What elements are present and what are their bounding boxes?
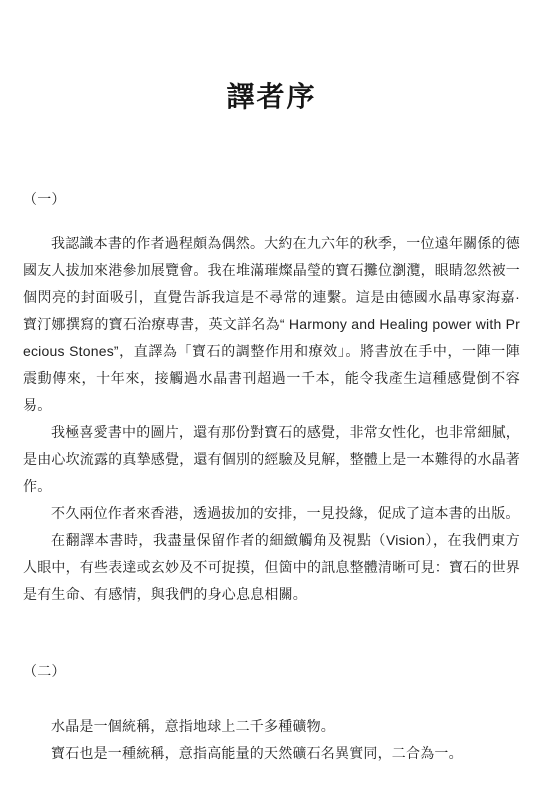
section-1-paragraph-4: 在翻譯本書時，我盡量保留作者的細緻觸角及視點（Vision），在我們東方人眼中，… — [23, 527, 520, 608]
section-2-body: 水晶是一個統稱，意指地球上二千多種礦物。 寶石也是一種統稱，意指高能量的天然礦石… — [23, 713, 520, 767]
section-1-paragraph-2: 我極喜愛書中的圖片，還有那份對寶石的感覺，非常女性化，也非常細膩，是由心坎流露的… — [23, 419, 520, 500]
page-title: 譯者序 — [23, 80, 520, 116]
section-1-body: 我認識本書的作者過程頗為偶然。大約在九六年的秋季，一位遠年關係的德國友人拔加來港… — [23, 230, 520, 608]
section-1-paragraph-3: 不久兩位作者來香港，透過拔加的安排，一見投緣，促成了這本書的出版。 — [23, 500, 520, 527]
section-2-marker: （二） — [23, 658, 520, 685]
section-2-paragraph-1: 水晶是一個統稱，意指地球上二千多種礦物。 — [23, 713, 520, 740]
section-1-marker: （一） — [23, 186, 520, 213]
document-page: 譯者序 （一） 我認識本書的作者過程頗為偶然。大約在九六年的秋季，一位遠年關係的… — [0, 0, 548, 788]
section-1-paragraph-1: 我認識本書的作者過程頗為偶然。大約在九六年的秋季，一位遠年關係的德國友人拔加來港… — [23, 230, 520, 419]
section-2-paragraph-2: 寶石也是一種統稱，意指高能量的天然礦石名異實同，二合為一。 — [23, 740, 520, 767]
